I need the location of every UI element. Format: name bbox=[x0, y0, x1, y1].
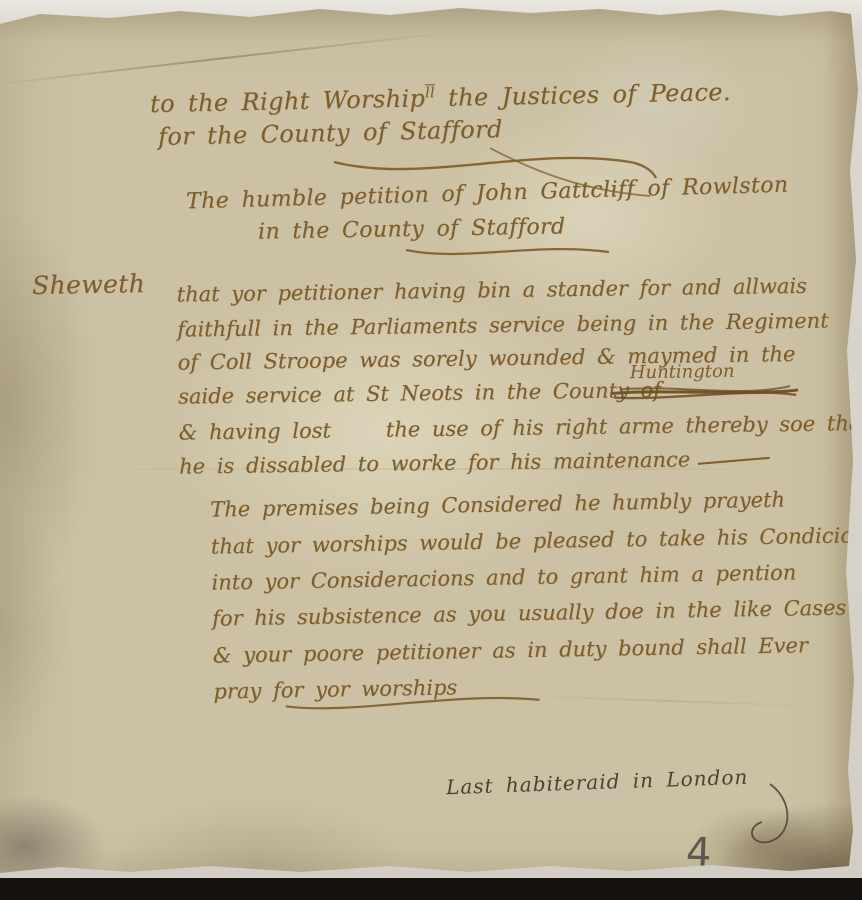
folio-number-pencil: 4 bbox=[685, 830, 712, 877]
sheweth-label: Sheweth bbox=[32, 269, 146, 300]
body-line-6: he is dissabled to worke for his mainten… bbox=[179, 446, 770, 478]
body-line5-pre: & having lost bbox=[178, 418, 331, 444]
body-line5-rest: the use of his right arme thereby soe th… bbox=[386, 411, 862, 442]
petition-body-paragraph: that yor petitioner having bin a stander… bbox=[177, 273, 840, 497]
clerk-annotation: Last habiteraid in London bbox=[446, 765, 749, 800]
prayer-line-5: & your poore petitioner as in duty bound… bbox=[213, 633, 808, 667]
prayer-line-4: for his subsistence as you usually doe i… bbox=[212, 596, 846, 631]
heading-line1-rest: the Justices of Peace. bbox=[435, 78, 731, 112]
body-line-1: that yor petitioner having bin a stander… bbox=[177, 274, 807, 307]
inserted-word-above-strikeout: Huntington bbox=[630, 361, 735, 383]
paper-crease bbox=[0, 31, 451, 86]
heading-line-1: to the Right Worshipll the Justices of P… bbox=[150, 78, 731, 118]
deliberate-gap bbox=[331, 437, 386, 438]
scan-background-band bbox=[0, 878, 862, 900]
body-line-5: & having lostthe use of his right arme t… bbox=[178, 411, 862, 445]
petition-prayer-paragraph: The premises being Considered he humbly … bbox=[210, 486, 854, 727]
body-line-2: faithfull in the Parliaments service bei… bbox=[177, 309, 829, 342]
flourish-underline-county bbox=[404, 240, 614, 264]
heading-line1-pre: to the Right Worship bbox=[150, 84, 426, 118]
flourish-underline-worships bbox=[283, 688, 543, 719]
prayer-line-3: into yor Consideracions and to grant him… bbox=[211, 560, 796, 594]
body-line4-text: saide service at St Neots in the County … bbox=[178, 378, 661, 409]
body-line6-text: he is dissabled to worke for his mainten… bbox=[179, 447, 690, 478]
manuscript-paper-sheet: to the Right Worshipll the Justices of P… bbox=[0, 0, 862, 900]
heading-superscript: ll bbox=[425, 85, 435, 101]
trailing-dash-flourish bbox=[698, 457, 770, 465]
prayer-line-2: that yor worships would be pleased to ta… bbox=[211, 523, 862, 558]
struck-out-word-scribble bbox=[610, 382, 800, 403]
annotation-descender-loop bbox=[740, 782, 800, 852]
body-line-4: saide service at St Neots in the County … bbox=[178, 378, 661, 409]
